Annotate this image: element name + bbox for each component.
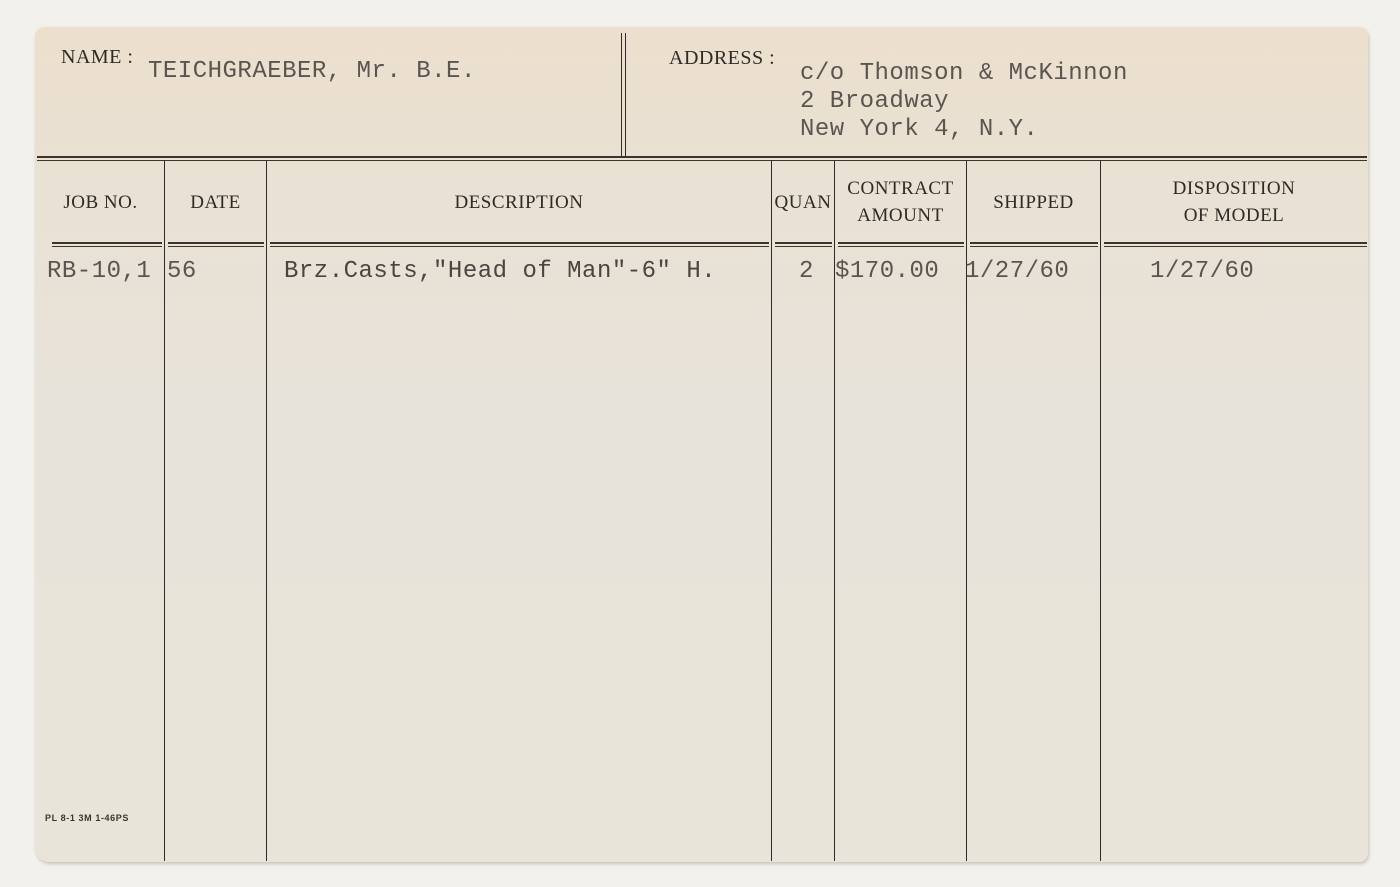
header-rule-quan-2 — [775, 246, 832, 247]
col-divider-2 — [266, 161, 267, 861]
cell-disposition: 1/27/60 — [1150, 258, 1254, 285]
header-rule-date — [168, 242, 264, 244]
header-contract-line2: AMOUNT — [835, 202, 966, 229]
name-address-divider-2 — [625, 33, 626, 157]
header-rule-job — [52, 242, 162, 244]
name-address-divider — [621, 33, 622, 157]
header-description: DESCRIPTION — [267, 189, 771, 216]
index-card — [35, 27, 1368, 862]
cell-description: Brz.Casts,"Head of Man"-6" H. — [284, 258, 716, 285]
top-rule-2 — [37, 160, 1367, 161]
address-line-2: 2 Broadway — [800, 88, 1128, 116]
header-contract-amount: CONTRACT AMOUNT — [835, 175, 966, 229]
cell-quan: 2 — [799, 258, 814, 285]
address-label: ADDRESS : — [669, 47, 775, 70]
cell-date: 56 — [167, 258, 197, 285]
address-block: c/o Thomson & McKinnon 2 Broadway New Yo… — [800, 60, 1128, 144]
header-shipped: SHIPPED — [967, 189, 1100, 216]
cell-shipped: 1/27/60 — [965, 258, 1069, 285]
header-disposition-line1: DISPOSITION — [1101, 175, 1367, 202]
top-rule — [37, 156, 1367, 158]
header-rule-disposition-2 — [1104, 246, 1367, 247]
col-divider-1 — [164, 161, 165, 861]
header-rule-contract — [838, 242, 964, 244]
name-value: TEICHGRAEBER, Mr. B.E. — [148, 58, 476, 85]
header-rule-quan — [775, 242, 832, 244]
header-rule-shipped-2 — [970, 246, 1098, 247]
address-line-3: New York 4, N.Y. — [800, 116, 1128, 144]
name-label: NAME : — [61, 46, 133, 69]
cell-job-no: RB-10,1 — [47, 258, 151, 285]
header-rule-desc-2 — [270, 246, 769, 247]
col-divider-6 — [1100, 161, 1101, 861]
cell-contract-amount: $170.00 — [835, 258, 939, 285]
header-rule-disposition — [1104, 242, 1367, 244]
address-line-1: c/o Thomson & McKinnon — [800, 60, 1128, 88]
header-rule-date-2 — [168, 246, 264, 247]
form-code: PL 8-1 3M 1-46PS — [45, 813, 129, 823]
col-divider-3 — [771, 161, 772, 861]
header-job-no: JOB NO. — [37, 189, 164, 216]
header-rule-shipped — [970, 242, 1098, 244]
header-quan: QUAN — [772, 189, 834, 216]
header-rule-contract-2 — [838, 246, 964, 247]
header-disposition: DISPOSITION OF MODEL — [1101, 175, 1367, 229]
header-contract-line1: CONTRACT — [835, 175, 966, 202]
header-date: DATE — [165, 189, 266, 216]
header-rule-desc — [270, 242, 769, 244]
header-disposition-line2: OF MODEL — [1101, 202, 1367, 229]
header-rule-job-2 — [52, 246, 162, 247]
